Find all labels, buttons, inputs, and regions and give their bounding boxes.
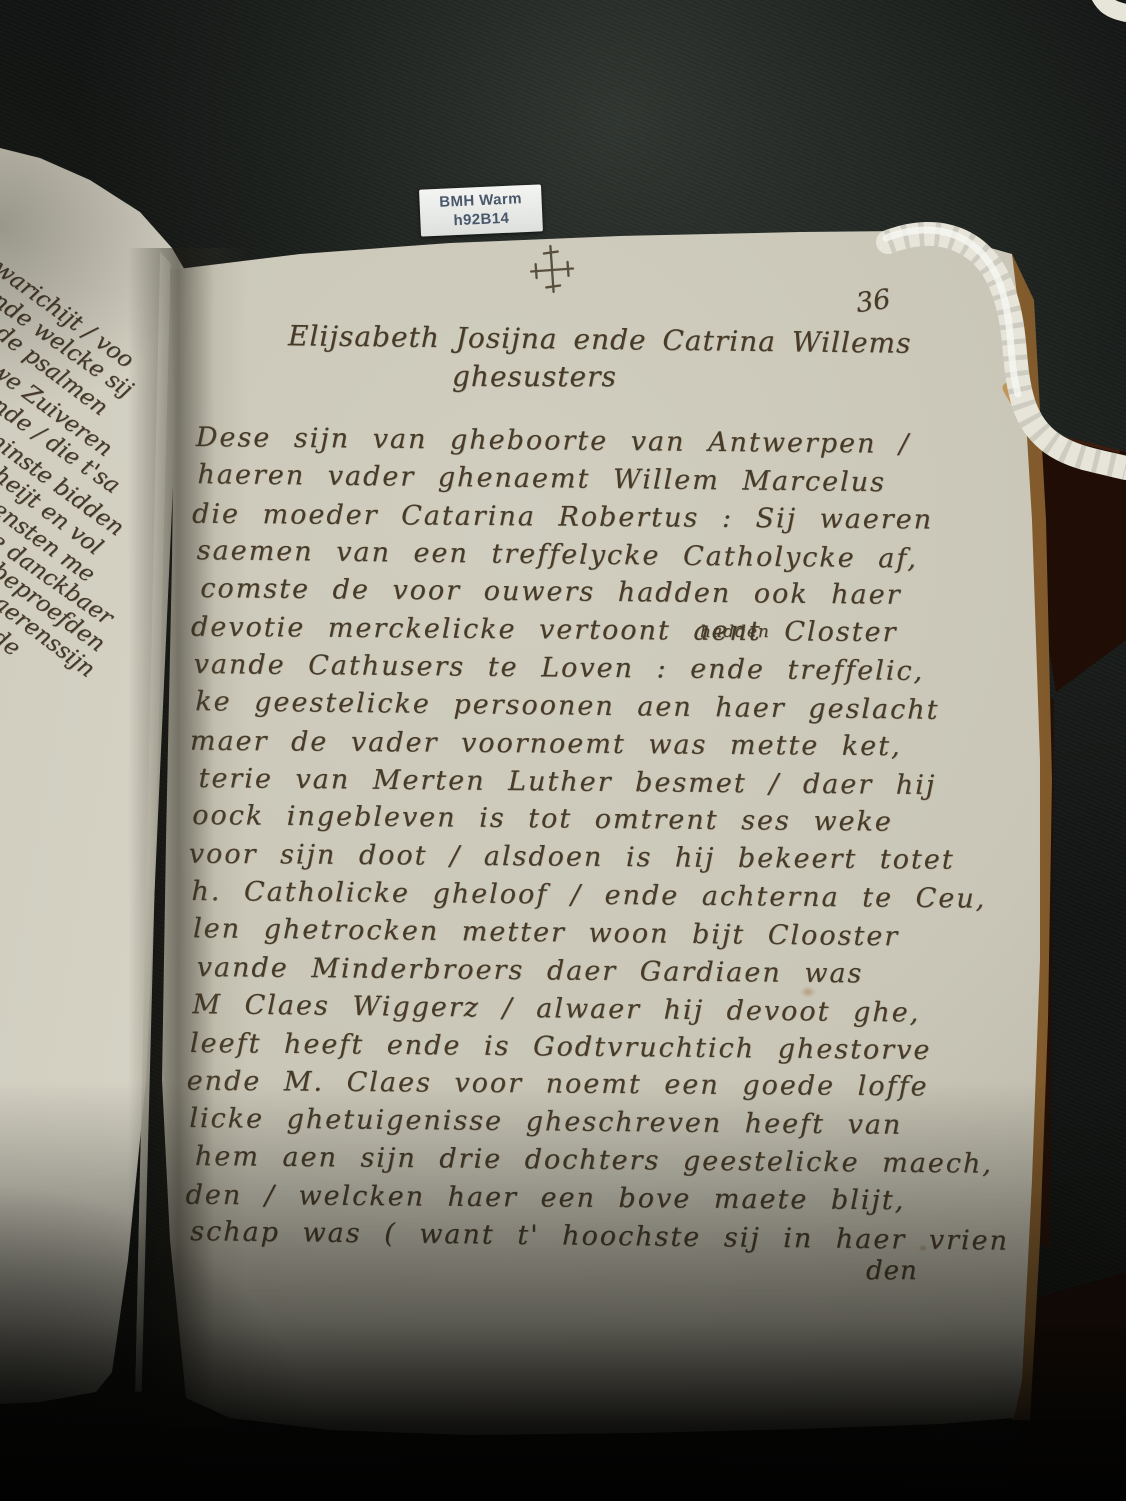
cross-crosslet-icon (526, 241, 578, 296)
manuscript-line: devotie merckelicke vertoont aent Closte… (191, 609, 1011, 653)
page-heading-continued: ghesusters (452, 360, 617, 393)
catchword: den (866, 1256, 918, 1286)
page-number: 36 (854, 284, 892, 319)
archive-label-line2: h92B14 (420, 207, 543, 231)
manuscript-line: ende M. Claes voor noemt een goede loffe (186, 1063, 1006, 1107)
page-heading: Elijsabeth Josijna ende Catrina Willems (288, 319, 912, 360)
manuscript-line: voor sijn doot / alsdoen is hij bekeert … (189, 836, 1009, 880)
interlinear-insertion: hadden (700, 622, 770, 642)
manuscript-text-block: Dese sijn van gheboorte van Antwerpen / … (188, 419, 1016, 1259)
manuscript-line: terie van Merten Luther besmet / daer hi… (198, 760, 1018, 806)
archive-label: BMH Warm h92B14 (419, 184, 543, 236)
manuscript-photo: warichijt / voo nde welcke sij de psalme… (0, 0, 1126, 1501)
